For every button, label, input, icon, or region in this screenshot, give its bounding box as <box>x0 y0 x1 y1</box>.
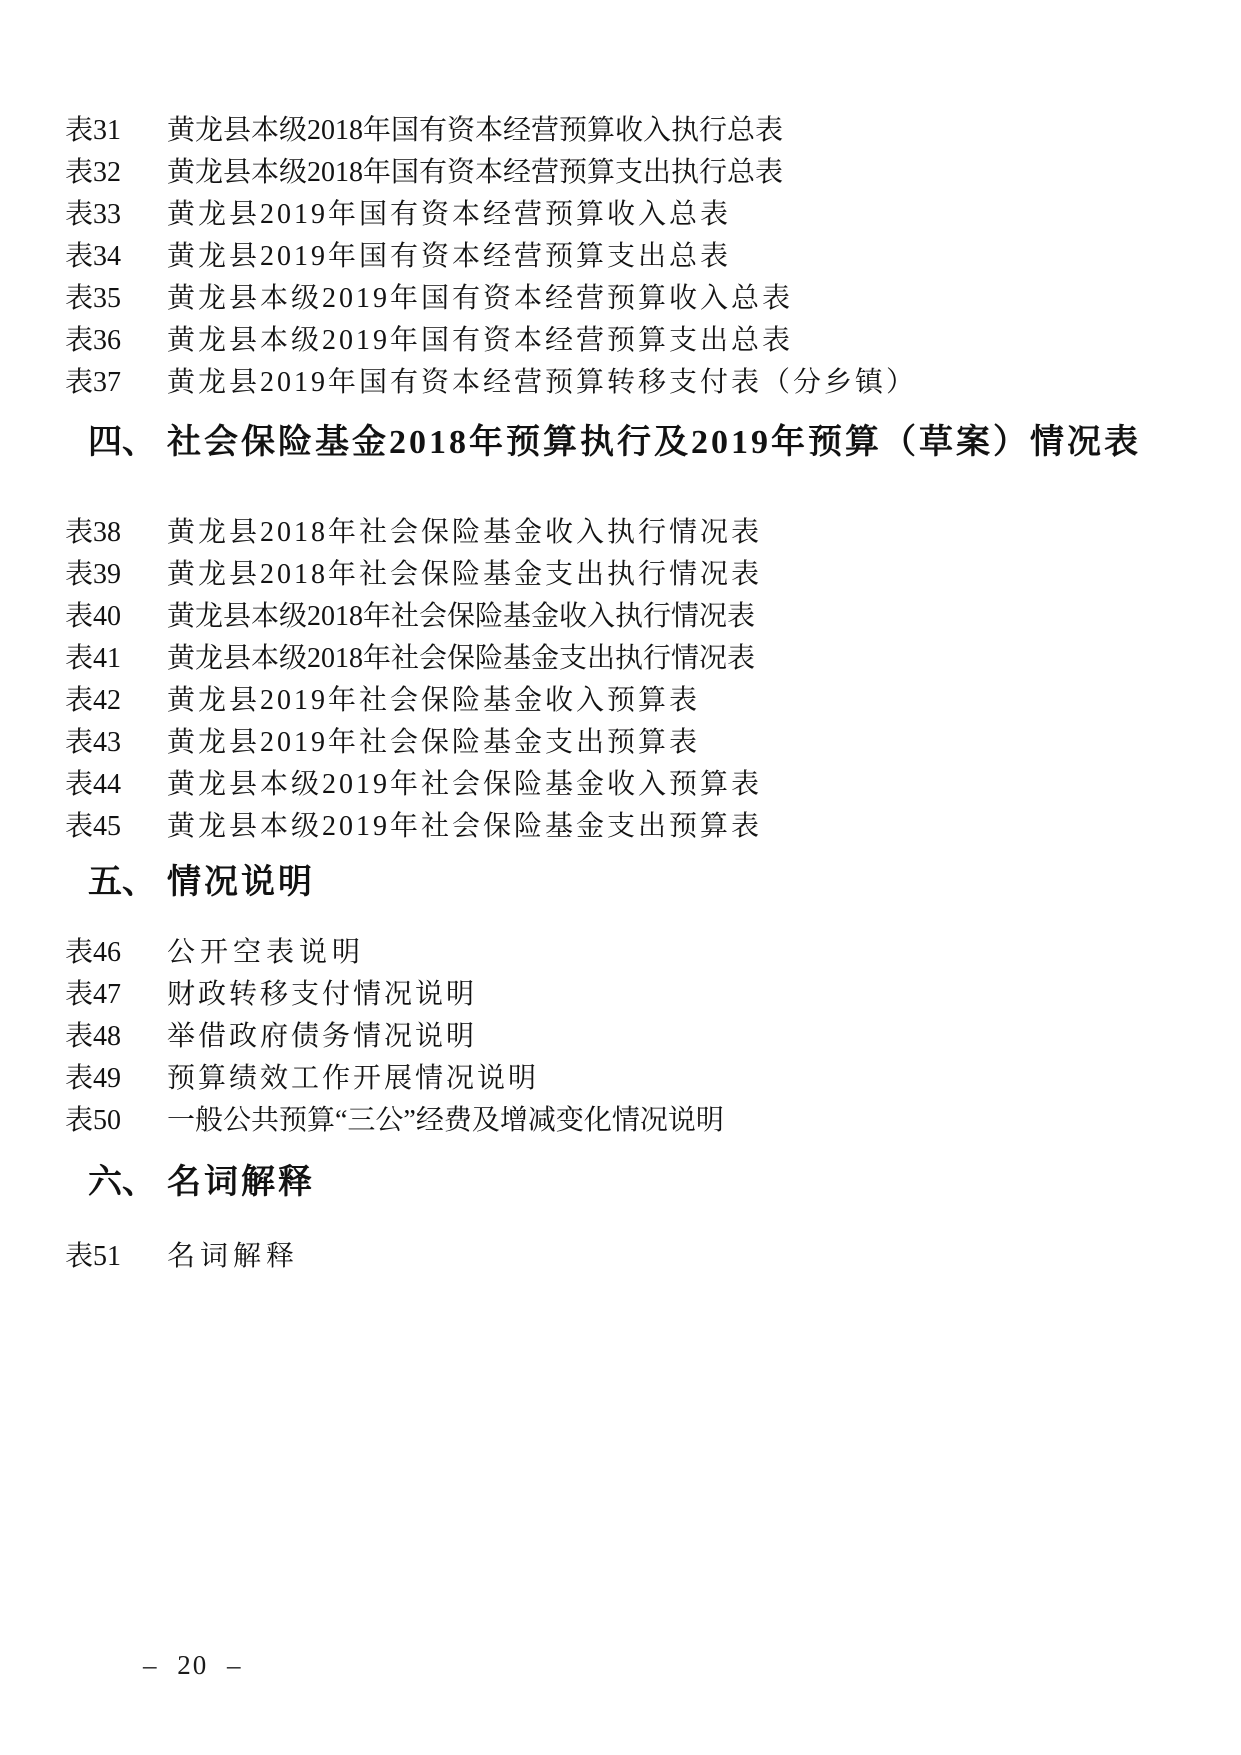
toc-entry-title: 一般公共预算“三公”经费及增减变化情况说明 <box>167 1100 724 1142</box>
toc-section-number: 五、 <box>88 854 167 912</box>
toc-entry-number: 表44 <box>65 764 167 806</box>
toc-entry-number: 表32 <box>65 152 167 194</box>
toc-section-title: 名词解释 <box>167 1154 315 1212</box>
toc-entry-title: 黄龙县本级2019年国有资本经营预算支出总表 <box>167 320 793 362</box>
toc-entry-title: 黄龙县本级2018年国有资本经营预算收入执行总表 <box>167 110 783 152</box>
toc-entry-title: 黄龙县2018年社会保险基金收入执行情况表 <box>167 512 762 554</box>
toc-entry-title: 黄龙县2019年国有资本经营预算支出总表 <box>167 236 731 278</box>
table-of-contents: 表31黄龙县本级2018年国有资本经营预算收入执行总表表32黄龙县本级2018年… <box>0 0 1241 1278</box>
toc-entry: 表48举借政府债务情况说明 <box>0 1016 1241 1058</box>
toc-entry-number: 表37 <box>65 362 167 404</box>
toc-entry: 表35黄龙县本级2019年国有资本经营预算收入总表 <box>0 278 1241 320</box>
toc-entry: 表49预算绩效工作开展情况说明 <box>0 1058 1241 1100</box>
document-page: 表31黄龙县本级2018年国有资本经营预算收入执行总表表32黄龙县本级2018年… <box>0 0 1241 1755</box>
toc-entry-title: 黄龙县2019年社会保险基金收入预算表 <box>167 680 700 722</box>
toc-entry-number: 表35 <box>65 278 167 320</box>
toc-entry-number: 表43 <box>65 722 167 764</box>
toc-section-title: 社会保险基金2018年预算执行及2019年预算（草案）情况表 <box>167 414 1141 472</box>
toc-entry-title: 黄龙县2019年社会保险基金支出预算表 <box>167 722 700 764</box>
toc-entry-title: 黄龙县2019年国有资本经营预算转移支付表（分乡镇） <box>167 362 917 404</box>
toc-entry: 表31黄龙县本级2018年国有资本经营预算收入执行总表 <box>0 110 1241 152</box>
toc-entries-block: 表51名词解释 <box>0 1236 1241 1278</box>
toc-entry-number: 表50 <box>65 1100 167 1142</box>
toc-entry-title: 举借政府债务情况说明 <box>167 1016 477 1058</box>
toc-entry-title: 黄龙县本级2019年国有资本经营预算收入总表 <box>167 278 793 320</box>
toc-entry-number: 表45 <box>65 806 167 848</box>
toc-entry-number: 表46 <box>65 932 167 974</box>
toc-section-heading: 六、名词解释 <box>0 1154 1241 1212</box>
toc-entry-number: 表51 <box>65 1236 167 1278</box>
toc-entry-number: 表34 <box>65 236 167 278</box>
toc-entry: 表39黄龙县2018年社会保险基金支出执行情况表 <box>0 554 1241 596</box>
toc-entry-number: 表40 <box>65 596 167 638</box>
toc-entry: 表45黄龙县本级2019年社会保险基金支出预算表 <box>0 806 1241 848</box>
toc-entry-title: 黄龙县本级2018年国有资本经营预算支出执行总表 <box>167 152 783 194</box>
toc-entry: 表42黄龙县2019年社会保险基金收入预算表 <box>0 680 1241 722</box>
toc-section-heading: 四、社会保险基金2018年预算执行及2019年预算（草案）情况表 <box>0 414 1241 472</box>
toc-entry: 表34黄龙县2019年国有资本经营预算支出总表 <box>0 236 1241 278</box>
toc-entry-number: 表36 <box>65 320 167 362</box>
toc-entry-title: 黄龙县2019年国有资本经营预算收入总表 <box>167 194 731 236</box>
toc-section-title: 情况说明 <box>167 854 315 912</box>
toc-entry-title: 黄龙县本级2018年社会保险基金收入执行情况表 <box>167 596 755 638</box>
toc-entries-block: 表31黄龙县本级2018年国有资本经营预算收入执行总表表32黄龙县本级2018年… <box>0 110 1241 404</box>
toc-entry: 表37黄龙县2019年国有资本经营预算转移支付表（分乡镇） <box>0 362 1241 404</box>
toc-entries-block: 表46公开空表说明表47财政转移支付情况说明表48举借政府债务情况说明表49预算… <box>0 932 1241 1142</box>
toc-entry-number: 表42 <box>65 680 167 722</box>
toc-entry-number: 表47 <box>65 974 167 1016</box>
toc-entry: 表46公开空表说明 <box>0 932 1241 974</box>
toc-entry: 表38黄龙县2018年社会保险基金收入执行情况表 <box>0 512 1241 554</box>
toc-section-heading: 五、情况说明 <box>0 854 1241 912</box>
toc-entries-block: 表38黄龙县2018年社会保险基金收入执行情况表表39黄龙县2018年社会保险基… <box>0 512 1241 848</box>
toc-entry-number: 表33 <box>65 194 167 236</box>
toc-entry: 表43黄龙县2019年社会保险基金支出预算表 <box>0 722 1241 764</box>
toc-entry-title: 黄龙县本级2018年社会保险基金支出执行情况表 <box>167 638 755 680</box>
toc-entry: 表32黄龙县本级2018年国有资本经营预算支出执行总表 <box>0 152 1241 194</box>
toc-entry: 表47财政转移支付情况说明 <box>0 974 1241 1016</box>
toc-entry: 表33黄龙县2019年国有资本经营预算收入总表 <box>0 194 1241 236</box>
toc-entry-title: 黄龙县2018年社会保险基金支出执行情况表 <box>167 554 762 596</box>
toc-section-number: 六、 <box>88 1154 167 1212</box>
toc-entry-title: 财政转移支付情况说明 <box>167 974 477 1016</box>
toc-entry: 表41黄龙县本级2018年社会保险基金支出执行情况表 <box>0 638 1241 680</box>
toc-entry-title: 黄龙县本级2019年社会保险基金收入预算表 <box>167 764 762 806</box>
toc-entry: 表40黄龙县本级2018年社会保险基金收入执行情况表 <box>0 596 1241 638</box>
toc-entry-number: 表31 <box>65 110 167 152</box>
toc-section-number: 四、 <box>88 414 167 472</box>
toc-entry-number: 表38 <box>65 512 167 554</box>
toc-entry: 表36黄龙县本级2019年国有资本经营预算支出总表 <box>0 320 1241 362</box>
toc-entry-title: 名词解释 <box>167 1236 299 1278</box>
toc-entry: 表44黄龙县本级2019年社会保险基金收入预算表 <box>0 764 1241 806</box>
toc-entry: 表50一般公共预算“三公”经费及增减变化情况说明 <box>0 1100 1241 1142</box>
toc-entry: 表51名词解释 <box>0 1236 1241 1278</box>
toc-entry-number: 表49 <box>65 1058 167 1100</box>
toc-entry-number: 表48 <box>65 1016 167 1058</box>
toc-entry-title: 预算绩效工作开展情况说明 <box>167 1058 539 1100</box>
toc-entry-number: 表39 <box>65 554 167 596</box>
page-number: – 20 – <box>143 1650 243 1681</box>
toc-entry-title: 黄龙县本级2019年社会保险基金支出预算表 <box>167 806 762 848</box>
toc-entry-title: 公开空表说明 <box>167 932 365 974</box>
toc-entry-number: 表41 <box>65 638 167 680</box>
